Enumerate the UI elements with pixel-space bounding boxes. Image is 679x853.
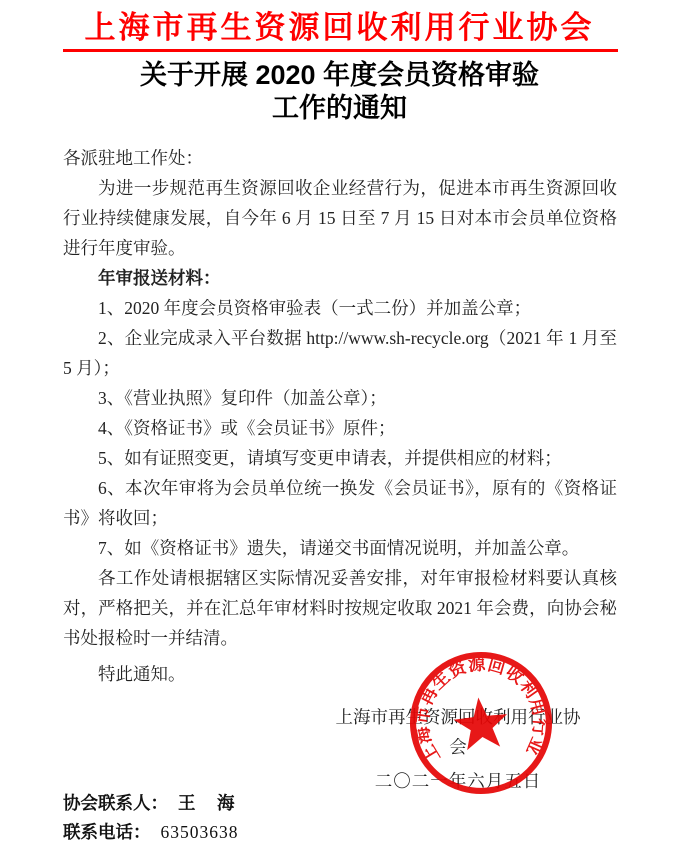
contact-phone-number: 63503638 bbox=[161, 822, 239, 842]
signature-block: 上海市再生资源回收利用行业协会 二〇二一年六月五日 bbox=[335, 702, 581, 796]
contact-person-line: 协会联系人：王 海 bbox=[63, 789, 239, 818]
closing-paragraph: 各工作处请根据辖区实际情况妥善安排，对年审报检材料要认真核对，严格把关，并在汇总… bbox=[63, 563, 617, 653]
contact-block: 协会联系人：王 海 联系电话：63503638 bbox=[63, 789, 239, 847]
notice-line: 特此通知。 bbox=[63, 659, 617, 689]
material-item-4: 4、《资格证书》或《会员证书》原件； bbox=[63, 413, 617, 443]
material-item-5: 5、如有证照变更，请填写变更申请表，并提供相应的材料； bbox=[63, 443, 617, 473]
letterhead-divider bbox=[63, 49, 618, 52]
doc-title-line2: 工作的通知 bbox=[0, 92, 679, 125]
contact-phone-line: 联系电话：63503638 bbox=[63, 818, 239, 847]
letterhead: 上海市再生资源回收利用行业协会 bbox=[0, 0, 679, 52]
material-item-1: 1、2020 年度会员资格审验表（一式二份）并加盖公章； bbox=[63, 293, 617, 323]
material-item-6: 6、本次年审将为会员单位统一换发《会员证书》，原有的《资格证书》将收回； bbox=[63, 473, 617, 533]
contact-person-name: 王 海 bbox=[178, 793, 237, 813]
signature-org: 上海市再生资源回收利用行业协会 bbox=[335, 702, 581, 762]
salutation: 各派驻地工作处： bbox=[63, 143, 617, 173]
doc-title-line1: 关于开展 2020 年度会员资格审验 bbox=[0, 59, 679, 92]
material-item-7: 7、如《资格证书》遗失，请递交书面情况说明，并加盖公章。 bbox=[63, 533, 617, 563]
material-item-3: 3、《营业执照》复印件（加盖公章）； bbox=[63, 383, 617, 413]
doc-body: 各派驻地工作处： 为进一步规范再生资源回收企业经营行为，促进本市再生资源回收行业… bbox=[63, 143, 617, 689]
contact-person-label: 协会联系人： bbox=[63, 793, 168, 813]
contact-phone-label: 联系电话： bbox=[63, 822, 151, 842]
document-page: 上海市再生资源回收利用行业协会 关于开展 2020 年度会员资格审验 工作的通知… bbox=[0, 0, 679, 853]
materials-heading: 年审报送材料： bbox=[63, 263, 617, 293]
doc-title: 关于开展 2020 年度会员资格审验 工作的通知 bbox=[0, 59, 679, 125]
intro-paragraph: 为进一步规范再生资源回收企业经营行为，促进本市再生资源回收行业持续健康发展，自今… bbox=[63, 173, 617, 263]
signature-date: 二〇二一年六月五日 bbox=[335, 766, 581, 796]
material-item-2: 2、企业完成录入平台数据 http://www.sh-recycle.org（2… bbox=[63, 323, 617, 383]
letterhead-org-name: 上海市再生资源回收利用行业协会 bbox=[0, 9, 679, 47]
